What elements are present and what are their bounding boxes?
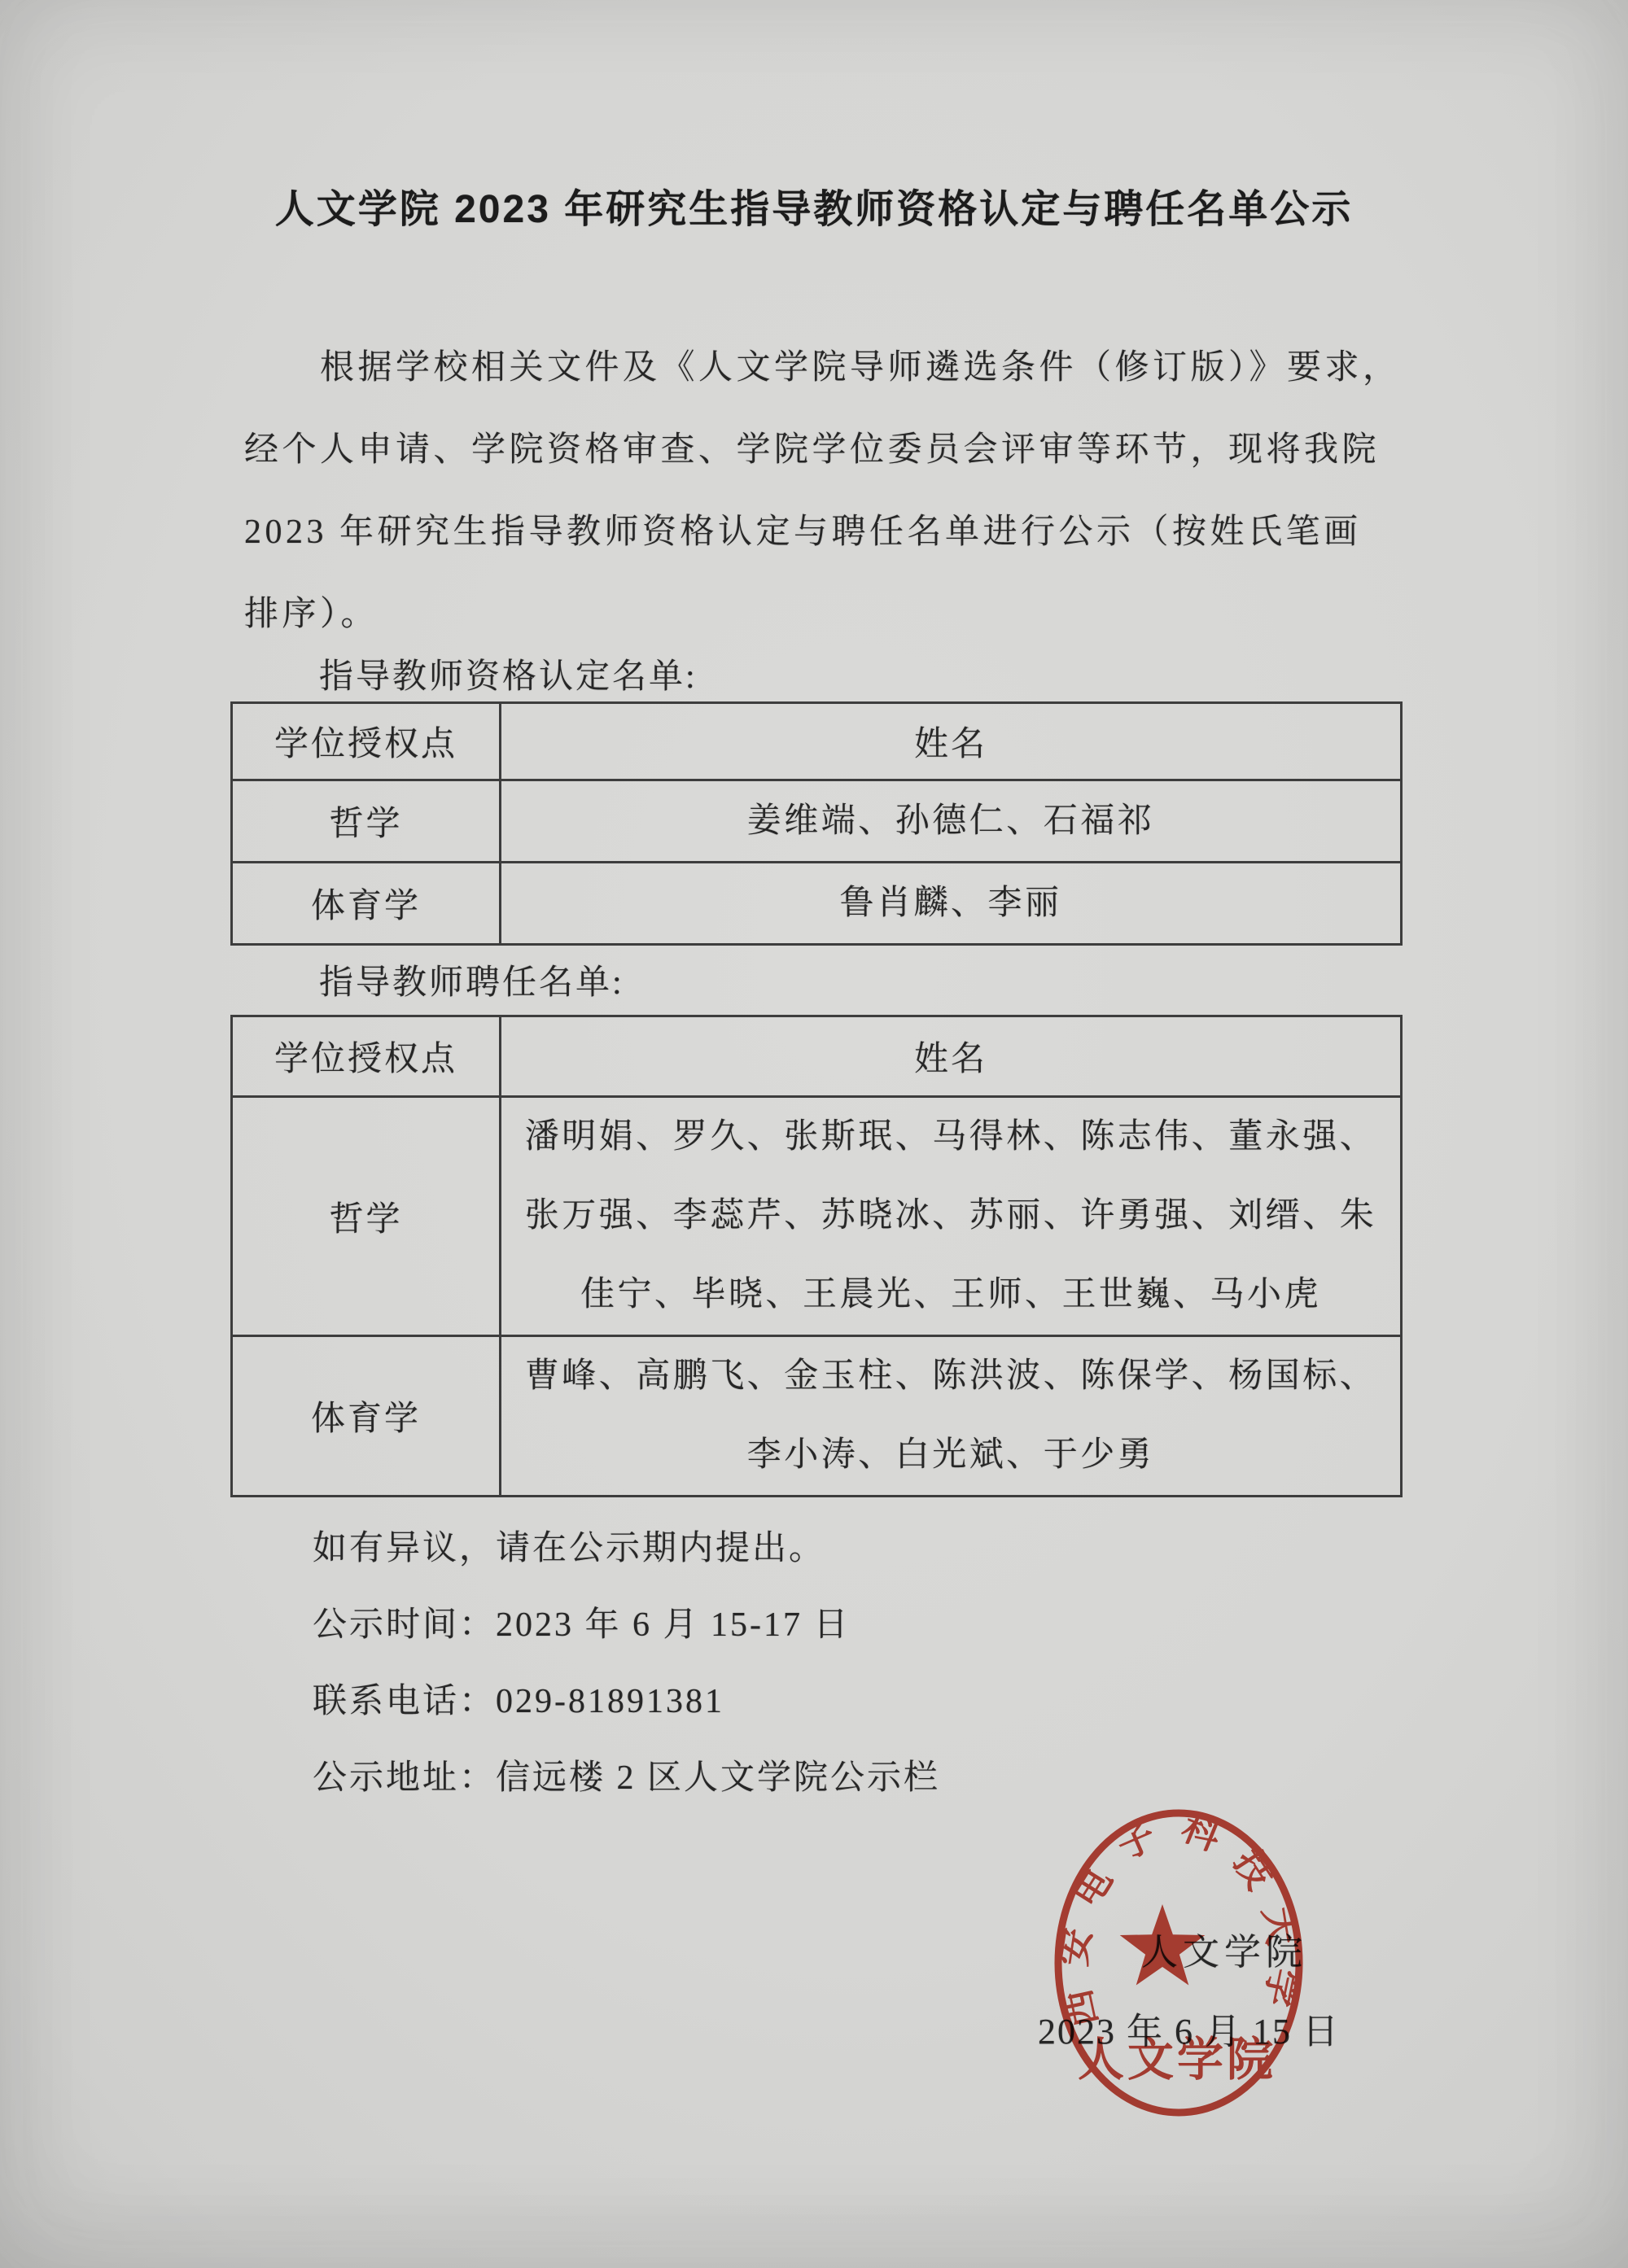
- cell-degree-point: 哲学: [232, 1097, 501, 1336]
- cell-degree-point: 体育学: [232, 1336, 501, 1497]
- intro-paragraph: 根据学校相关文件及《人文学院导师遴选条件（修订版）》要求， 经个人申请、学院资格…: [244, 327, 1392, 656]
- table-row: 哲学 姜维端、孙德仁、石福祁: [232, 780, 1402, 863]
- header-name: 姓名: [501, 1016, 1402, 1097]
- cell-names: 曹峰、高鹏飞、金玉柱、陈洪波、陈保学、杨国标、 李小涛、白光斌、于少勇: [501, 1336, 1402, 1497]
- table-row: 哲学 潘明娟、罗久、张斯珉、马得林、陈志伟、董永强、 张万强、李蕊芹、苏晓冰、苏…: [232, 1097, 1402, 1336]
- header-degree-point: 学位授权点: [232, 703, 501, 780]
- objection-note: 如有异议，请在公示期内提出。: [244, 1510, 1400, 1587]
- paragraph-line: 经个人申请、学院资格审查、学院学位委员会评审等环节，现将我院: [244, 409, 1392, 492]
- appointment-table: 学位授权点 姓名 哲学 潘明娟、罗久、张斯珉、马得林、陈志伟、董永强、 张万强、…: [230, 1015, 1403, 1497]
- names-line: 曹峰、高鹏飞、金玉柱、陈洪波、陈保学、杨国标、: [501, 1337, 1400, 1416]
- names-line: 张万强、李蕊芹、苏晓冰、苏丽、许勇强、刘缙、朱: [501, 1177, 1400, 1256]
- names-line: 姜维端、孙德仁、石福祁: [501, 782, 1400, 861]
- cell-degree-point: 哲学: [232, 780, 501, 863]
- table-row: 体育学 鲁肖麟、李丽: [232, 863, 1402, 945]
- section-label-qualification: 指导教师资格认定名单:: [244, 656, 698, 698]
- cell-names: 潘明娟、罗久、张斯珉、马得林、陈志伟、董永强、 张万强、李蕊芹、苏晓冰、苏丽、许…: [501, 1097, 1402, 1336]
- paragraph-line: 排序）。: [244, 574, 1392, 656]
- cell-degree-point: 体育学: [232, 863, 501, 945]
- document-page: 人文学院 2023 年研究生指导教师资格认定与聘任名单公示 根据学校相关文件及《…: [0, 0, 1628, 2268]
- seal-ring-textpath: 西安电子科技大学: [1052, 1806, 1305, 2030]
- publicity-time: 公示时间：2023 年 6 月 15-17 日: [244, 1587, 1400, 1663]
- star-icon: [1120, 1904, 1206, 1986]
- table-header-row: 学位授权点 姓名: [232, 703, 1402, 780]
- names-line: 李小涛、白光斌、于少勇: [501, 1416, 1400, 1495]
- footer-notes: 如有异议，请在公示期内提出。 公示时间：2023 年 6 月 15-17 日 联…: [244, 1510, 1400, 1816]
- qualification-table: 学位授权点 姓名 哲学 姜维端、孙德仁、石福祁 体育学 鲁肖麟、李丽: [230, 701, 1403, 946]
- contact-phone: 联系电话：029-81891381: [244, 1663, 1400, 1740]
- table-header-row: 学位授权点 姓名: [232, 1016, 1402, 1097]
- official-seal: 西安电子科技大学 人文学院: [1044, 1800, 1313, 2126]
- page-title: 人文学院 2023 年研究生指导教师资格认定与聘任名单公示: [0, 177, 1628, 234]
- names-line: 鲁肖麟、李丽: [501, 864, 1400, 943]
- seal-bottom-text: 人文学院: [1078, 2034, 1276, 2086]
- paragraph-line: 2023 年研究生指导教师资格认定与聘任名单进行公示（按姓氏笔画: [244, 492, 1392, 574]
- names-line: 潘明娟、罗久、张斯珉、马得林、陈志伟、董永强、: [501, 1098, 1400, 1177]
- section-label-appointment: 指导教师聘任名单:: [244, 962, 624, 1004]
- names-line: 佳宁、毕晓、王晨光、王师、王世巍、马小虎: [501, 1256, 1400, 1335]
- header-degree-point: 学位授权点: [232, 1016, 501, 1097]
- header-name: 姓名: [501, 703, 1402, 780]
- seal-ring-text: 西安电子科技大学: [1052, 1806, 1305, 2030]
- paragraph-line: 根据学校相关文件及《人文学院导师遴选条件（修订版）》要求，: [244, 327, 1392, 409]
- table-row: 体育学 曹峰、高鹏飞、金玉柱、陈洪波、陈保学、杨国标、 李小涛、白光斌、于少勇: [232, 1336, 1402, 1497]
- cell-names: 鲁肖麟、李丽: [501, 863, 1402, 945]
- cell-names: 姜维端、孙德仁、石福祁: [501, 780, 1402, 863]
